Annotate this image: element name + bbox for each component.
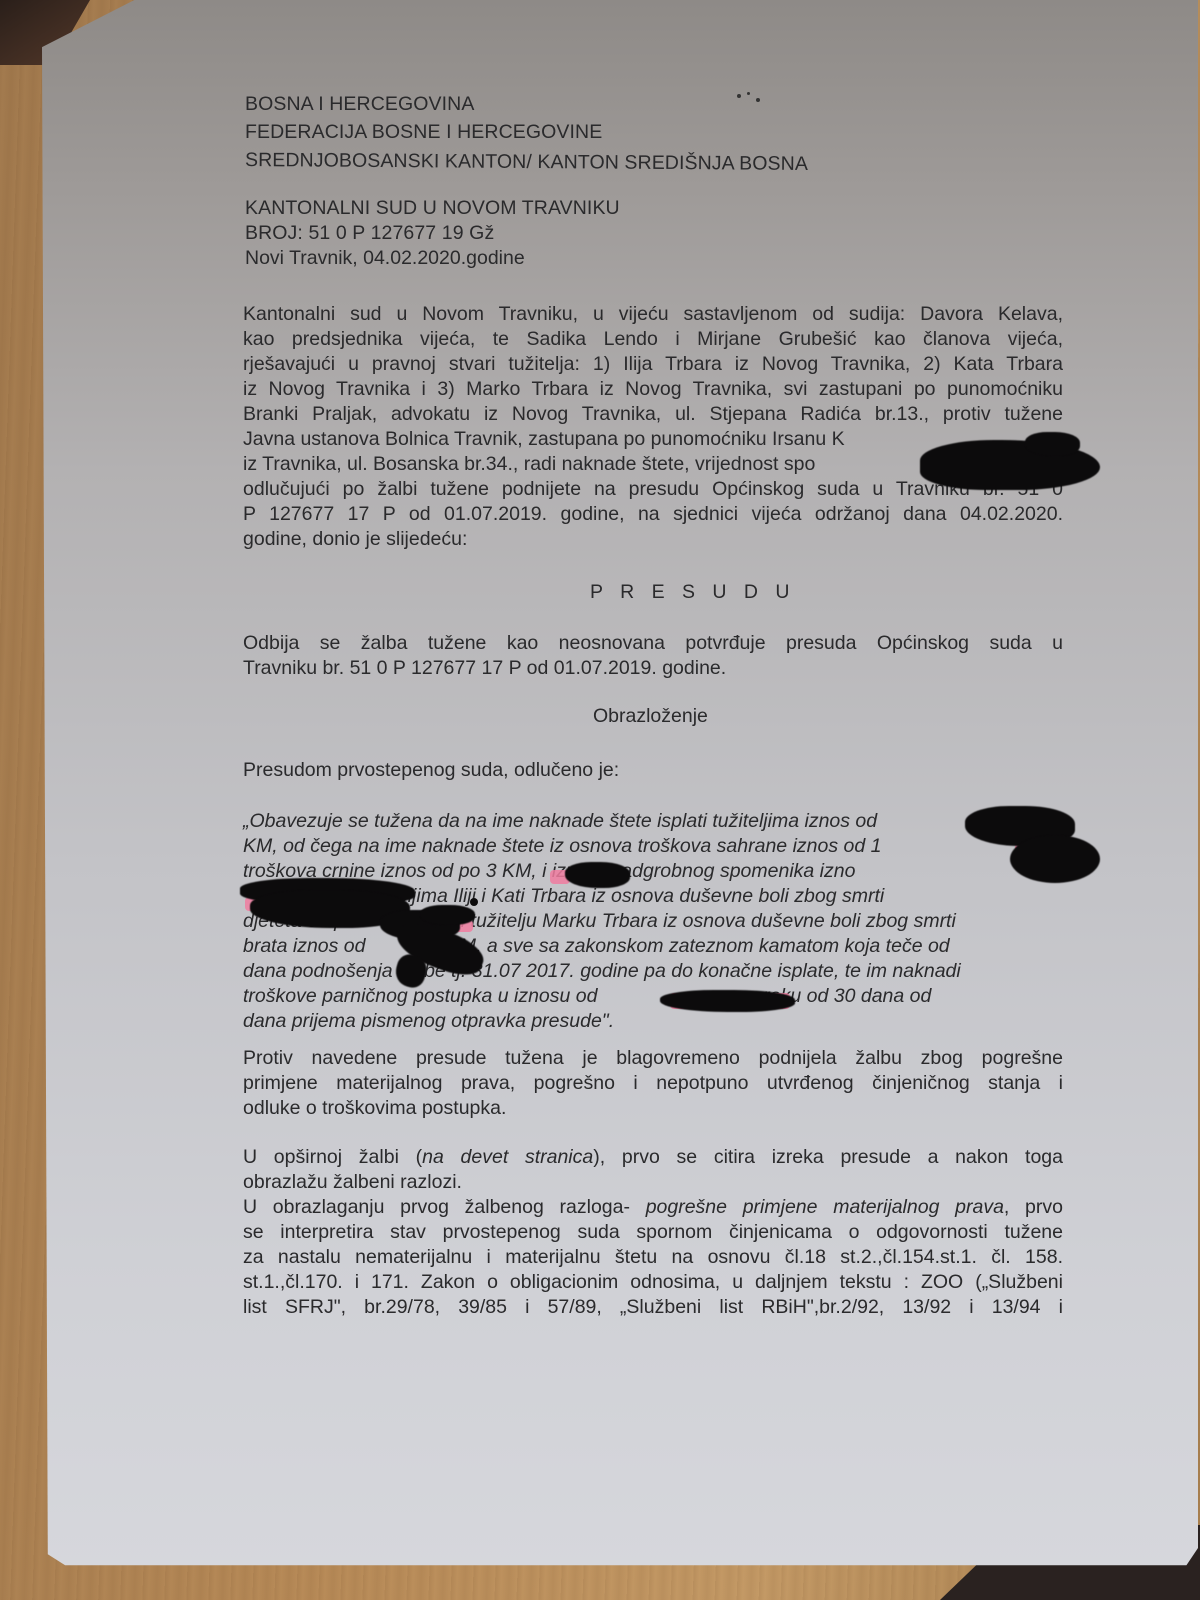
intro-line: iz Travnika, ul. Bosanska br.34., radi n… — [243, 452, 815, 477]
italic-span: pogrešne primjene materijalnog prava — [646, 1196, 1004, 1218]
appeal-line: primjene materijalnog prava, pogrešno i … — [243, 1071, 1063, 1096]
intro-line: godine, donio je slijedeću: — [243, 527, 467, 552]
ink-speck — [470, 898, 478, 906]
place-date: Novi Travnik, 04.02.2020.godine — [245, 246, 525, 271]
quote-line: KM, od čega na ime naknade štete iz osno… — [243, 834, 881, 859]
verdict-line: Odbija se žalba tužene kao neosnovana po… — [243, 631, 1063, 656]
redaction-mark — [1010, 835, 1100, 883]
verdict-title: P R E S U D U — [590, 580, 796, 605]
appeal-line: Protiv navedene presude tužena je blagov… — [243, 1046, 1063, 1071]
quote-line: dana prijema pismenog otpravka presude". — [243, 1009, 614, 1034]
redaction-mark — [1025, 432, 1080, 456]
redaction-mark — [660, 990, 795, 1012]
intro-line: P 127677 17 P od 01.07.2019. godine, na … — [243, 502, 1063, 527]
text-span: U obrazlaganju prvog žalbenog razloga- — [243, 1196, 646, 1218]
quote-line: brata iznos od KM, a sve sa zakonskom za… — [243, 934, 950, 959]
intro-line: kao predsjednika vijeća, te Sadika Lendo… — [243, 327, 1063, 352]
intro-line: Kantonalni sud u Novom Travniku, u vijeć… — [243, 302, 1063, 327]
appeal-line: odluke o troškovima postupka. — [243, 1096, 506, 1121]
court-name: KANTONALNI SUD U NOVOM TRAVNIKU — [245, 196, 620, 221]
redaction-mark — [565, 862, 630, 888]
intro-line: Javna ustanova Bolnica Travnik, zastupan… — [243, 427, 845, 452]
text-span: ), prvo se citira izreka presude a nakon… — [593, 1146, 1063, 1168]
appeal-detail-line: za nastalu nematerijalnu i materijalnu š… — [243, 1245, 1063, 1270]
appeal-detail-line: list SFRJ", br.29/78, 39/85 i 57/89, „Sl… — [243, 1295, 1063, 1320]
appeal-detail-line: st.1.,čl.170. i 171. Zakon o obligacioni… — [243, 1270, 1063, 1295]
intro-line: rješavajući u pravnoj stvari tužitelja: … — [243, 352, 1063, 377]
quote-line: „Obavezuje se tužena da na ime naknade š… — [243, 809, 877, 834]
document-page — [42, 0, 1198, 1570]
italic-span: na devet stranica — [422, 1146, 593, 1168]
intro-line: Branki Praljak, advokatu iz Novog Travni… — [243, 402, 1063, 427]
ink-speck — [747, 92, 750, 95]
reasoning-title: Obrazloženje — [593, 704, 708, 729]
verdict-line: Travniku br. 51 0 P 127677 17 P od 01.07… — [243, 656, 726, 681]
header-line-federation: FEDERACIJA BOSNE I HERCEGOVINE — [245, 120, 602, 145]
ink-speck — [737, 94, 741, 98]
appeal-detail-line: obrazlažu žalbeni razlozi. — [243, 1170, 462, 1195]
quote-line: dana podnošenja tužbe tj. 31.07 2017. go… — [243, 959, 961, 984]
appeal-detail-line: U opširnoj žalbi (na devet stranica), pr… — [243, 1145, 1063, 1170]
header-line-country: BOSNA I HERCEGOVINA — [245, 92, 474, 117]
text-span: , prvo — [1004, 1196, 1063, 1218]
quote-line: troškove parničnog postupka u iznosu od … — [243, 984, 931, 1009]
text-span: U opširnoj žalbi ( — [243, 1146, 422, 1168]
header-line-canton: SREDNJOBOSANSKI KANTON/ KANTON SREDIŠNJA… — [245, 148, 808, 177]
ink-speck — [756, 98, 760, 102]
appeal-detail-line: U obrazlaganju prvog žalbenog razloga- p… — [243, 1195, 1063, 1220]
appeal-detail-line: se interpretira stav prvostepenog suda s… — [243, 1220, 1063, 1245]
redaction-mark — [420, 905, 475, 925]
first-instance-intro: Presudom prvostepenog suda, odlučeno je: — [243, 758, 619, 783]
case-number: BROJ: 51 0 P 127677 19 Gž — [245, 221, 494, 246]
intro-line: iz Novog Travnika i 3) Marko Trbara iz N… — [243, 377, 1063, 402]
